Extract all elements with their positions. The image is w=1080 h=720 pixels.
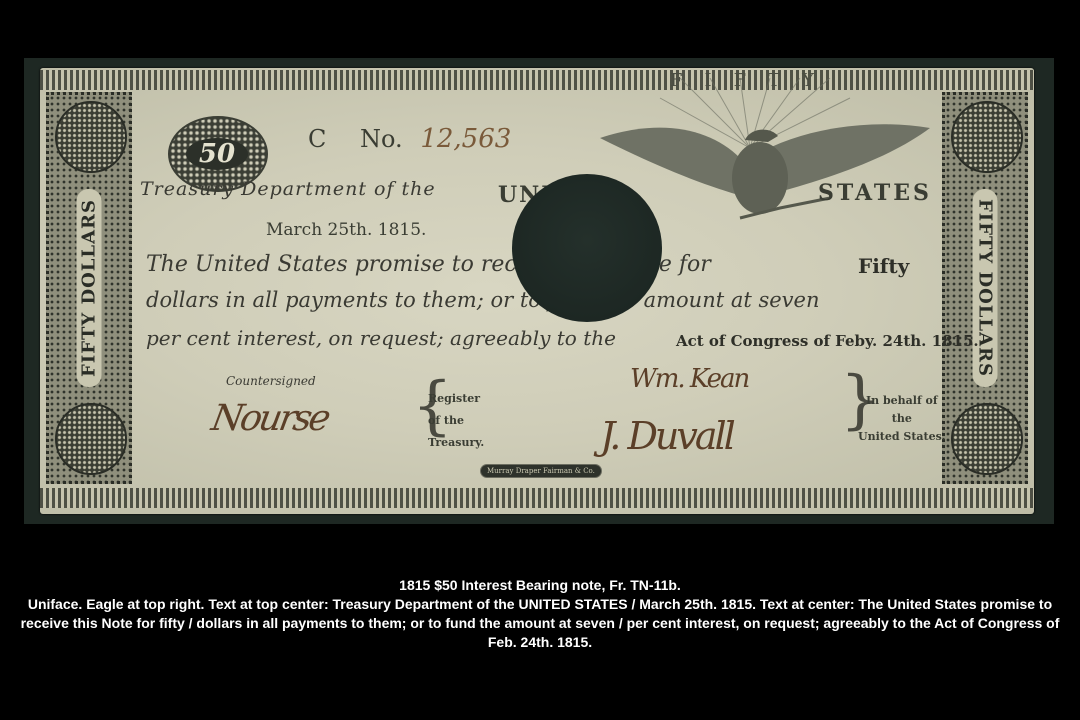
side-label-right: FIFTY DOLLARS (973, 189, 998, 387)
behalf-line: In behalf of (858, 392, 946, 410)
serial-number: 12,563 (420, 124, 511, 154)
rosette-icon (951, 403, 1023, 475)
rosette-icon (55, 101, 127, 173)
cancellation-hole (512, 174, 662, 322)
fifty-word: Fifty (858, 254, 909, 278)
left-side-panel: FIFTY DOLLARS (46, 92, 132, 484)
behalf-label: In behalf of the United States. (858, 392, 946, 446)
states-text: STATES (818, 180, 932, 206)
plate-letter: C (308, 125, 326, 153)
caption-description: Uniface. Eagle at top right. Text at top… (20, 595, 1060, 652)
printer-imprint: Murray Draper Fairman & Co. (480, 464, 602, 478)
bottom-border (40, 488, 1034, 508)
banknote: FIFTY DOLLARS FIFTY DOLLARS 50 C No. 12,… (40, 68, 1034, 514)
signature-treasury: J. Duvall (600, 414, 733, 458)
fifty-arc-text: FIFTY (670, 70, 836, 91)
caption-title: 1815 $50 Interest Bearing note, Fr. TN-1… (20, 576, 1060, 595)
side-label-left: FIFTY DOLLARS (77, 189, 102, 387)
rosette-icon (55, 403, 127, 475)
body-line-3: per cent interest, on request; agreeably… (146, 326, 616, 350)
act-of-congress: Act of Congress of Feby. 24th. 1815. (676, 332, 979, 350)
register-label: Register of the Treasury. (428, 388, 484, 454)
denomination-value: 50 (186, 138, 248, 170)
issue-date: March 25th. 1815. (266, 220, 426, 240)
behalf-line: United States. (858, 428, 946, 446)
right-side-panel: FIFTY DOLLARS (942, 92, 1028, 484)
serial-prefix: No. (360, 125, 403, 153)
register-line: Treasury. (428, 432, 484, 454)
caption: 1815 $50 Interest Bearing note, Fr. TN-1… (20, 576, 1060, 652)
behalf-line: the (858, 410, 946, 428)
serial-block: C No. 12,563 (308, 124, 511, 154)
signature-register: Wm. Kean (630, 364, 748, 394)
register-line: Register (428, 388, 484, 410)
countersigned-label: Countersigned (226, 374, 316, 388)
countersignature: Nourse (208, 398, 331, 439)
register-line: of the (428, 410, 484, 432)
body-line-2: dollars in all payments to them; or to f… (146, 288, 820, 312)
treasury-department-text: Treasury Department of the (140, 178, 436, 200)
rosette-icon (951, 101, 1023, 173)
